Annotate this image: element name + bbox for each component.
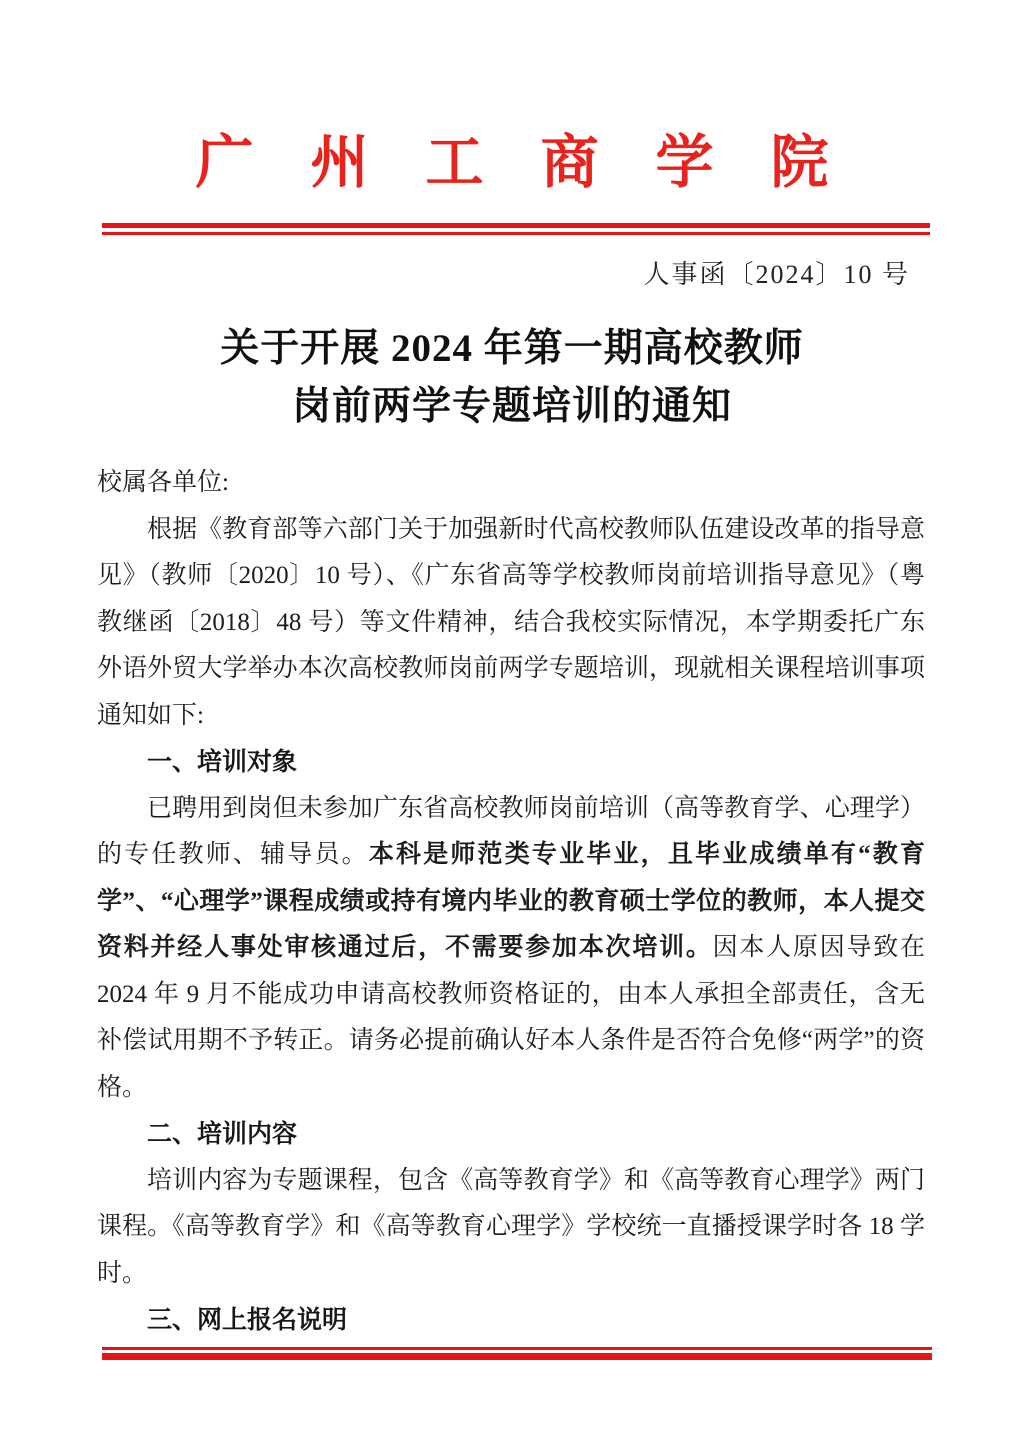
section3-heading: 三、网上报名说明 <box>97 1297 925 1344</box>
doc-reference-number: 人事函〔2024〕10 号 <box>643 254 910 291</box>
document-page: 广州工商学院 人事函〔2024〕10 号 关于开展 2024 年第一期高校教师 … <box>0 0 1024 1448</box>
doc-title-line2: 岗前两学专题培训的通知 <box>0 378 1024 436</box>
section1-paragraph: 已聘用到岗但未参加广东省高校教师岗前培训（高等教育学、心理学）的专任教师、辅导员… <box>97 786 925 1112</box>
doc-body: 校属各单位: 根据《教育部等六部门关于加强新时代高校教师队伍建设改革的指导意见》… <box>97 460 925 1344</box>
doc-title: 关于开展 2024 年第一期高校教师 岗前两学专题培训的通知 <box>0 320 1024 436</box>
footer-double-rule <box>102 1347 932 1360</box>
section2-heading: 二、培训内容 <box>97 1111 925 1158</box>
salutation: 校属各单位: <box>97 460 925 507</box>
doc-title-line1: 关于开展 2024 年第一期高校教师 <box>0 320 1024 378</box>
intro-paragraph: 根据《教育部等六部门关于加强新时代高校教师队伍建设改革的指导意见》（教师〔202… <box>97 507 925 740</box>
letterhead-rule-thin <box>102 232 930 235</box>
footer-rule-thick <box>102 1353 932 1360</box>
letterhead-school-name: 广州工商学院 <box>0 124 1024 202</box>
section2-paragraph: 培训内容为专题课程，包含《高等教育学》和《高等教育心理学》两门课程。《高等教育学… <box>97 1158 925 1298</box>
section1-heading: 一、培训对象 <box>97 739 925 786</box>
letterhead-double-rule <box>102 223 930 235</box>
